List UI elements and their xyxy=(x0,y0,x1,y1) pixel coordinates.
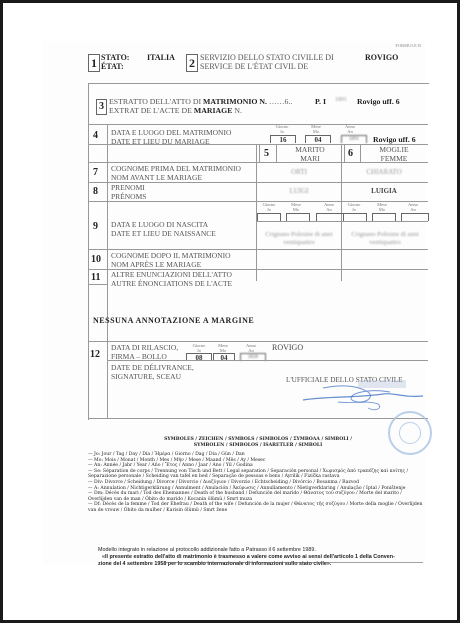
field-number-3: 3 xyxy=(96,99,107,115)
wife-birth-month xyxy=(372,213,396,221)
label-it: MARITO xyxy=(279,145,341,154)
month-header: MeseMo xyxy=(305,124,327,134)
issue-date-label-fr: DATE DE DÉLIVRANCE,SIGNATURE, SCEAU xyxy=(111,363,194,381)
divider xyxy=(88,284,108,285)
wife-header: MOGLIEFEMME xyxy=(363,145,425,163)
husband-birth-month-header: MeseMo xyxy=(286,202,306,212)
label-it-1: DATA DI RILASCIO, xyxy=(111,343,178,352)
hdr-fr: Jo xyxy=(344,207,364,212)
column-divider xyxy=(259,144,260,162)
part-label: P. I xyxy=(315,97,326,106)
field-number-10: 10 xyxy=(91,254,101,265)
hdr-fr: Mo xyxy=(305,129,327,134)
hdr-fr: An xyxy=(339,129,361,134)
label-it: MOGLIE xyxy=(363,145,425,154)
divider xyxy=(88,418,428,419)
issue-day-header: GiornoJo xyxy=(189,343,209,353)
label-it: DATA E LUOGO DI NASCITA xyxy=(111,220,216,229)
number-column-divider xyxy=(107,124,108,369)
extract-title-fr-pre: EXTRAT DE L'ACTE DE xyxy=(109,106,194,115)
field-number-4: 4 xyxy=(93,130,98,141)
wife-birth-month-header: MeseMo xyxy=(372,202,392,212)
label-fr: DATE ET LIEU DE NAISSANCE xyxy=(111,229,216,238)
state-label: STATO: ÉTAT: xyxy=(101,53,129,71)
footer-note: Modello integrato in relazione al protoc… xyxy=(98,547,428,568)
hdr-fr: Mo xyxy=(372,207,392,212)
state-label-fr: ÉTAT: xyxy=(101,62,129,71)
husband-header: MARITOMARI xyxy=(279,145,341,163)
label-it: PRENOMI xyxy=(111,183,146,192)
column-divider xyxy=(276,144,277,162)
extract-title-fr-post: N. xyxy=(232,106,242,115)
number-column-divider xyxy=(107,341,108,419)
wife-birth-day xyxy=(343,213,367,221)
margin-annotation: NESSUNA ANNOTAZIONE A MARGINE xyxy=(93,316,254,325)
marriage-certificate-extract: FORMULE B 1 STATO: ÉTAT: ITALIA 2 SERVIZ… xyxy=(43,41,425,564)
field-number-2: 2 xyxy=(186,54,198,72)
label-fr: AUTRE ÉNONCIATIONS DE L'ACTE xyxy=(111,279,232,288)
symbol-line: — Dm: Décès du mari / Tod des Ehemannes … xyxy=(88,491,423,502)
field-number-11: 11 xyxy=(91,272,100,283)
footer-rule xyxy=(165,562,423,563)
wife-birth-place: Crignano Polesine di anni ventiquattro xyxy=(344,231,426,247)
wife-birth-year-header: AnnoAn xyxy=(403,202,423,212)
husband-birth-year xyxy=(316,213,344,221)
day-header: GiornoJo xyxy=(271,124,293,134)
state-value: ITALIA xyxy=(147,53,175,62)
husband-birth-day-header: GiornoJo xyxy=(259,202,279,212)
civil-service-value: ROVIGO xyxy=(365,53,398,62)
issue-date-label: DATA DI RILASCIO,FIRMA – BOLLO xyxy=(111,343,178,361)
hdr-fr: An xyxy=(319,207,339,212)
label-it: ALTRE ENUNCIAZIONI DELL'ATTO xyxy=(111,270,232,279)
field-number-1: 1 xyxy=(88,54,100,72)
form-code: FORMULE B xyxy=(395,43,421,48)
divider xyxy=(88,341,428,342)
page: FORMULE B 1 STATO: ÉTAT: ITALIA 2 SERVIZ… xyxy=(3,3,457,620)
surname-after-label: COGNOME DOPO IL MATRIMONIONOM APRÈS LE M… xyxy=(111,251,231,269)
office-value: Rovigo uff. 6 xyxy=(357,97,400,106)
wife-first-name: LUIGIA xyxy=(342,187,426,195)
hdr-fr: Jo xyxy=(271,129,293,134)
wife-birth-day-header: GiornoJo xyxy=(344,202,364,212)
symbol-line: — Df: Décès de la femme / Tod der Ehefra… xyxy=(88,502,423,513)
footer-line-1: Modello integrato in relazione al protoc… xyxy=(98,547,428,554)
footer-line-2: «Il presente estratto dell'atto di matri… xyxy=(98,554,428,561)
issue-month-header: MeseMo xyxy=(213,343,233,353)
husband-birth-day xyxy=(257,213,281,221)
marriage-year: 1891 xyxy=(341,135,367,143)
field-number-6: 6 xyxy=(348,148,353,159)
label-fr: NOM AVANT LE MARIAGE xyxy=(111,173,241,182)
husband-birth-year-header: AnnoAn xyxy=(319,202,339,212)
act-number: ……6.. xyxy=(267,97,292,106)
label-it: DATA E LUOGO DEL MATRIMONIO xyxy=(111,128,231,137)
field-number-12: 12 xyxy=(90,349,100,360)
extract-title-pre: ESTRATTO DELL'ATTO DI xyxy=(109,97,203,106)
marriage-day: 16 xyxy=(270,135,296,143)
label-fr: PRÉNOMS xyxy=(111,192,146,201)
birth-date-place-label: DATA E LUOGO DI NASCITADATE ET LIEU DE N… xyxy=(111,220,216,238)
symbols-title-2: SYMBOLEN / SIMBOLOS / ISARETLER / SIMBOL… xyxy=(93,443,423,449)
column-divider xyxy=(344,144,345,162)
extract-title-fr-bold: MARIAGE xyxy=(194,106,233,115)
hdr-fr: An xyxy=(403,207,423,212)
divider xyxy=(88,162,428,163)
hdr-fr: Mo xyxy=(286,207,306,212)
part-year: 1891 xyxy=(335,97,347,103)
field-number-7: 7 xyxy=(93,167,98,178)
husband-birth-place: Crignano Polesine di anni ventiquattro xyxy=(259,231,339,247)
label-fr: NOM APRÈS LE MARIAGE xyxy=(111,260,231,269)
field-number-5: 5 xyxy=(264,148,269,159)
label-it: COGNOME PRIMA DEL MATRIMONIO xyxy=(111,164,241,173)
divider xyxy=(257,221,428,222)
divider xyxy=(88,124,428,125)
field-number-8: 8 xyxy=(93,186,98,197)
symbol-line: — Se: Séparation de corps / Trennung von… xyxy=(88,469,423,480)
label-fr-2: SIGNATURE, SCEAU xyxy=(111,372,194,381)
husband-birth-month xyxy=(286,213,310,221)
divider xyxy=(107,360,428,361)
official-stamp xyxy=(388,411,432,455)
first-names-label: PRENOMIPRÉNOMS xyxy=(111,183,146,201)
civil-service-label-fr: SERVICE DE L'ÉTAT CIVIL DE xyxy=(200,62,334,71)
field-number-9: 9 xyxy=(93,221,98,232)
symbols-title: SYMBOLES / ZEICHEN / SYMBOLS / SIMBOLOS … xyxy=(93,437,423,448)
husband-surname: ORTI xyxy=(257,168,341,176)
year-header: AnnoAn xyxy=(339,124,361,134)
symbols-legend: — Jo: Jour / Tag / Day / Día / Ἡμέρα / G… xyxy=(88,452,423,514)
marriage-place: Rovigo uff. 6 xyxy=(373,135,416,144)
label-fr-1: DATE DE DÉLIVRANCE, xyxy=(111,363,194,372)
wife-surname: CHIARATO xyxy=(342,168,426,176)
signature-icon xyxy=(298,374,428,414)
wife-birth-year xyxy=(401,213,429,221)
divider xyxy=(88,249,428,250)
hdr-fr: Jo xyxy=(259,207,279,212)
other-statements-label: ALTRE ENUNCIAZIONI DELL'ATTOAUTRE ÉNONCI… xyxy=(111,270,232,288)
state-label-it: STATO: xyxy=(101,53,129,62)
extract-title-bold: MATRIMONIO N. xyxy=(203,97,267,106)
surname-before-label: COGNOME PRIMA DEL MATRIMONIONOM AVANT LE… xyxy=(111,164,241,182)
issue-place: ROVIGO xyxy=(272,343,303,352)
civil-service-label: SERVIZIO DELLO STATO CIVILLE DI SERVICE … xyxy=(200,53,334,71)
marriage-month: 04 xyxy=(305,135,331,143)
issue-year-header: AnnoAn xyxy=(241,343,261,353)
label-it: COGNOME DOPO IL MATRIMONIO xyxy=(111,251,231,260)
husband-first-name: LUIGI xyxy=(257,187,341,195)
civil-service-label-it: SERVIZIO DELLO STATO CIVILLE DI xyxy=(200,53,334,62)
column-divider xyxy=(360,144,361,162)
